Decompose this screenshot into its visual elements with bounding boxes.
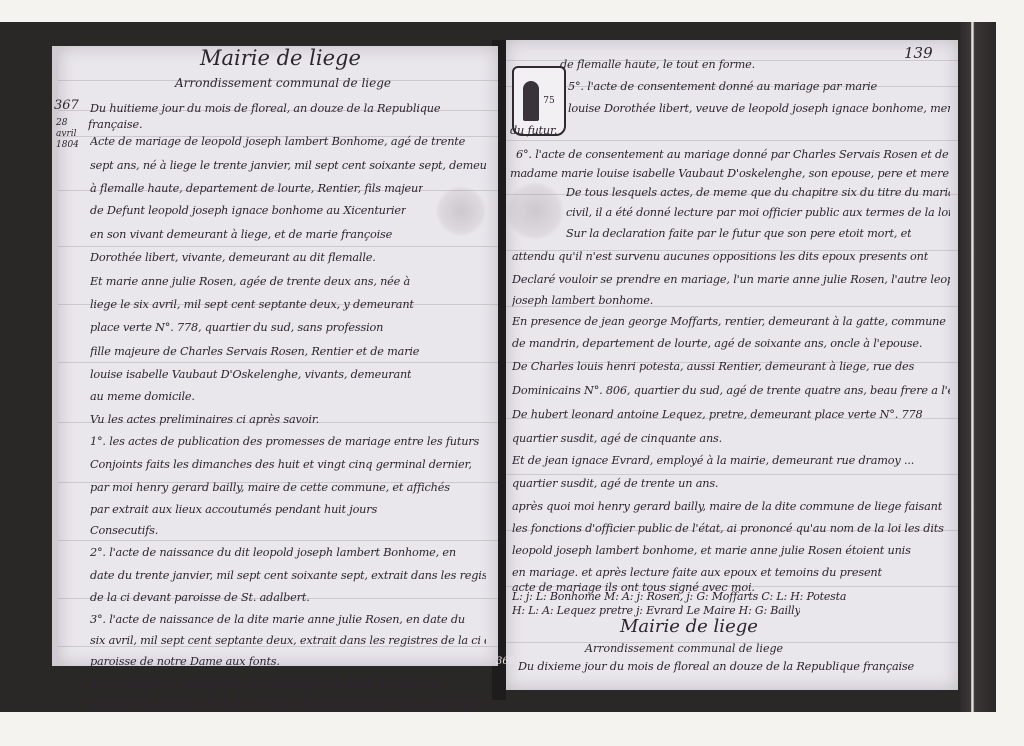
handwritten-line: En presence de jean george Moffarts, ren… — [512, 315, 946, 328]
handwritten-line: française. — [88, 118, 142, 131]
entry-number: 367 — [54, 100, 79, 111]
handwritten-line: 1°. les actes de publication des promess… — [90, 435, 479, 448]
handwritten-line: Et de jean ignace Evrard, employé à la m… — [512, 454, 914, 467]
handwritten-line: après quoi moi henry gerard bailly, mair… — [512, 500, 942, 513]
handwritten-line: place verte N°. 778, quartier du sud, sa… — [90, 321, 383, 334]
handwritten-line: Et marie anne julie Rosen, agée de trent… — [90, 275, 410, 288]
page-subheader: Arrondissement communal de liege — [175, 76, 391, 90]
handwritten-line: de flemalle haute, le tout en forme. — [560, 58, 755, 71]
handwritten-line: madame marie louise isabelle Vaubaut D'o… — [510, 167, 950, 180]
handwritten-line: domicile du futur le dix huit et vingt c… — [90, 697, 485, 710]
handwritten-line: 5°. l'acte de consentement donné au mari… — [568, 80, 877, 93]
stamp-figure-icon — [523, 81, 539, 121]
page-header: Mairie de liege — [200, 46, 361, 70]
handwritten-line: Consecutifs. — [90, 524, 158, 537]
handwritten-line: Sur la declaration faite par le futur qu… — [566, 227, 911, 240]
handwritten-line: à flemalle haute, departement de lourte,… — [90, 182, 423, 195]
handwritten-line: De Charles louis henri potesta, aussi Re… — [512, 360, 914, 373]
handwritten-line: par extrait aux lieux accoutumés pendant… — [90, 503, 377, 516]
handwritten-line: louise Dorothée libert, veuve de leopold… — [568, 102, 950, 115]
handwritten-line: de Defunt leopold joseph ignace bonhome … — [90, 204, 406, 217]
handwritten-line: leopold joseph lambert bonhome, et marie… — [512, 544, 911, 557]
handwritten-line: Acte de mariage de leopold joseph lamber… — [90, 135, 465, 148]
handwritten-line: six avril, mil sept cent septante deux, … — [90, 634, 486, 647]
handwritten-line: 2°. l'acte de naissance du dit leopold j… — [90, 546, 456, 559]
handwritten-line: 3°. l'acte de naissance de la dite marie… — [90, 613, 465, 626]
handwritten-line: du futur. — [510, 124, 557, 137]
margin-date: 28 avril 1804 — [56, 118, 90, 151]
handwritten-line: par moi henry gerard bailly, maire de ce… — [90, 481, 450, 494]
next-entry-header: Mairie de liege — [620, 616, 758, 637]
handwritten-line: de mandrin, departement de lourte, agé d… — [512, 337, 922, 350]
handwritten-line: de la ci devant paroisse de St. adalbert… — [90, 591, 310, 604]
handwritten-line: attendu qu'il n'est survenu aucunes oppo… — [512, 250, 928, 263]
next-entry-subheader: Arrondissement communal de liege — [585, 642, 783, 655]
handwritten-line: Dorothée libert, vivante, demeurant au d… — [90, 251, 376, 264]
handwritten-line: en mariage. et après lecture faite aux e… — [512, 566, 882, 579]
handwritten-line: civil, il a été donné lecture par moi of… — [566, 206, 950, 219]
handwritten-line: en son vivant demeurant à liege, et de m… — [90, 228, 392, 241]
stamp-label: 75 — [543, 96, 554, 106]
scan-margin — [995, 0, 1024, 746]
handwritten-line: Vu les actes preliminaires ci après savo… — [90, 413, 319, 426]
handwritten-line: fille majeure de Charles Servais Rosen, … — [90, 345, 419, 358]
handwritten-line: quartier susdit, agé de cinquante ans. — [512, 432, 722, 445]
handwritten-line: Dominicains N°. 806, quartier du sud, ag… — [512, 384, 950, 397]
handwritten-line: date du trente janvier, mil sept cent so… — [90, 569, 486, 582]
embossed-seal — [436, 186, 486, 236]
folio-number: 139 — [904, 44, 933, 62]
handwritten-line: au meme domicile. — [90, 390, 195, 403]
book-edge — [960, 22, 996, 712]
handwritten-line: louise isabelle Vaubaut D'Oskelenghe, vi… — [90, 368, 411, 381]
handwritten-line: les fonctions d'officier public de l'éta… — [512, 522, 944, 535]
handwritten-line: sept ans, né à liege le trente janvier, … — [90, 159, 486, 172]
next-entry-number: 368 — [496, 656, 515, 667]
handwritten-line: De hubert leonard antoine Lequez, pretre… — [512, 408, 923, 421]
handwritten-line: 4°. les actes de publication des promess… — [90, 677, 455, 690]
handwritten-line: De tous lesquels actes, de meme que du c… — [566, 186, 950, 199]
handwritten-line: paroisse de notre Dame aux fonts. — [90, 655, 280, 668]
handwritten-line: Declaré vouloir se prendre en mariage, l… — [512, 273, 950, 286]
handwritten-line: joseph lambert bonhome. — [512, 294, 653, 307]
handwritten-line: 6°. l'acte de consentement au mariage do… — [516, 148, 949, 161]
signature-line: L: j: L: Bonhome M: A: j: Rosen, j: G: M… — [512, 590, 846, 603]
next-entry-first-line: Du dixieme jour du mois de floreal an do… — [518, 660, 914, 673]
handwritten-line: liege le six avril, mil sept cent septan… — [90, 298, 414, 311]
handwritten-line: Du huitieme jour du mois de floreal, an … — [90, 102, 440, 115]
embossed-seal — [506, 182, 564, 240]
handwritten-line: quartier susdit, agé de trente un ans. — [512, 477, 718, 490]
handwritten-line: Conjoints faits les dimanches des huit e… — [90, 458, 472, 471]
